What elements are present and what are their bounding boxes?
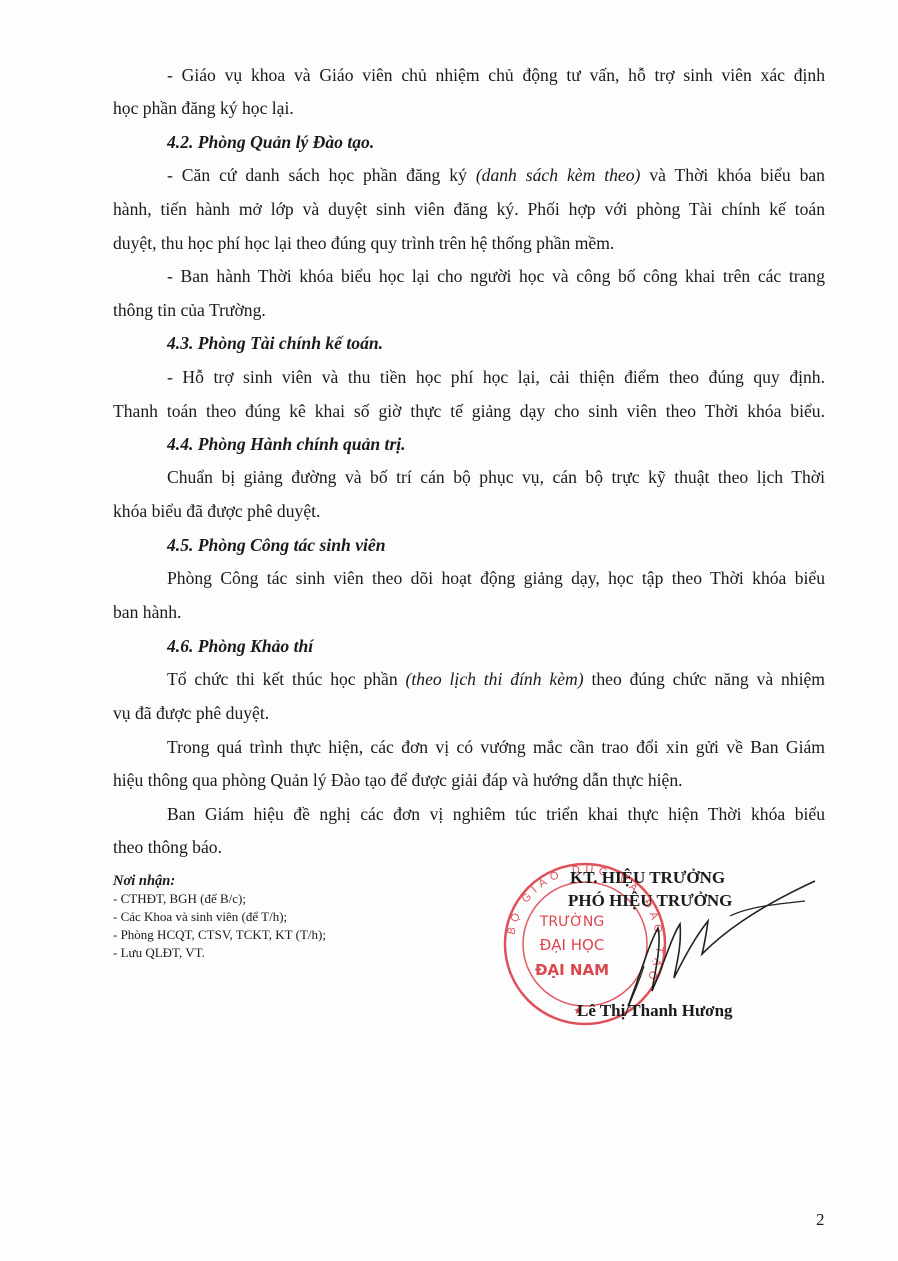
recipient-item: - Các Khoa và sinh viên (để T/h); xyxy=(113,908,326,926)
body-line: - Giáo vụ khoa và Giáo viên chủ nhiệm ch… xyxy=(167,64,825,86)
body-line: Ban Giám hiệu đề nghị các đơn vị nghiêm … xyxy=(167,803,825,825)
body-line: - Căn cứ danh sách học phần đăng ký (dan… xyxy=(167,164,825,186)
recipient-item: - Phòng HCQT, CTSV, TCKT, KT (T/h); xyxy=(113,926,326,944)
page-number: 2 xyxy=(816,1210,825,1230)
body-line: Chuẩn bị giảng đường và bố trí cán bộ ph… xyxy=(167,466,825,488)
body-line: Thanh toán theo đúng kê khai số giờ thực… xyxy=(113,400,825,422)
body-line: duyệt, thu học phí học lại theo đúng quy… xyxy=(113,232,825,254)
body-line: hiệu thông qua phòng Quản lý Đào tạo để … xyxy=(113,769,825,791)
body-line: thông tin của Trường. xyxy=(113,299,825,321)
body-line: - Ban hành Thời khóa biểu học lại cho ng… xyxy=(167,265,825,287)
text: - Căn cứ danh sách học phần đăng ký xyxy=(167,165,476,185)
section-heading-4-2: 4.2. Phòng Quản lý Đào tạo. xyxy=(167,131,879,153)
recipient-item: - CTHĐT, BGH (để B/c); xyxy=(113,890,326,908)
body-line: ban hành. xyxy=(113,601,825,623)
body-line: theo thông báo. xyxy=(113,836,825,858)
document-page: - Giáo vụ khoa và Giáo viên chủ nhiệm ch… xyxy=(0,0,898,1261)
section-heading-4-5: 4.5. Phòng Công tác sinh viên xyxy=(167,534,879,556)
signature-block: BỘ GIÁO DỤC VÀ ĐÀO TẠO TRƯỜNG ĐẠI HỌC ĐẠ… xyxy=(500,856,820,1036)
body-line: vụ đã được phê duyệt. xyxy=(113,702,825,724)
text: theo đúng chức năng và nhiệm xyxy=(584,669,825,689)
text: và Thời khóa biểu ban xyxy=(640,165,825,185)
recipient-item: - Lưu QLĐT, VT. xyxy=(113,944,326,962)
section-heading-4-3: 4.3. Phòng Tài chính kế toán. xyxy=(167,332,879,354)
recipients-title: Nơi nhận: xyxy=(113,872,326,890)
text: Tổ chức thi kết thúc học phần xyxy=(167,669,406,689)
svg-text:ĐẠI NAM: ĐẠI NAM xyxy=(535,961,609,979)
body-line: Trong quá trình thực hiện, các đơn vị có… xyxy=(167,736,825,758)
italic-note: (danh sách kèm theo) xyxy=(476,165,641,185)
section-heading-4-6: 4.6. Phòng Khảo thí xyxy=(167,635,879,657)
signer-name: Lê Thị Thanh Hương xyxy=(577,1001,733,1021)
section-heading-4-4: 4.4. Phòng Hành chính quản trị. xyxy=(167,433,879,455)
svg-text:TRƯỜNG: TRƯỜNG xyxy=(539,912,604,930)
italic-note: (theo lịch thi đính kèm) xyxy=(406,669,584,689)
body-line: hành, tiến hành mở lớp và duyệt sinh viê… xyxy=(113,198,825,220)
body-line: học phần đăng ký học lại. xyxy=(113,97,825,119)
body-line: Tổ chức thi kết thúc học phần (theo lịch… xyxy=(167,668,825,690)
body-line: - Hỗ trợ sinh viên và thu tiền học phí h… xyxy=(167,366,825,388)
body-line: Phòng Công tác sinh viên theo dõi hoạt đ… xyxy=(167,567,825,589)
svg-text:ĐẠI HỌC: ĐẠI HỌC xyxy=(540,936,605,954)
body-line: khóa biểu đã được phê duyệt. xyxy=(113,500,825,522)
recipients-block: Nơi nhận: - CTHĐT, BGH (để B/c); - Các K… xyxy=(113,872,326,962)
